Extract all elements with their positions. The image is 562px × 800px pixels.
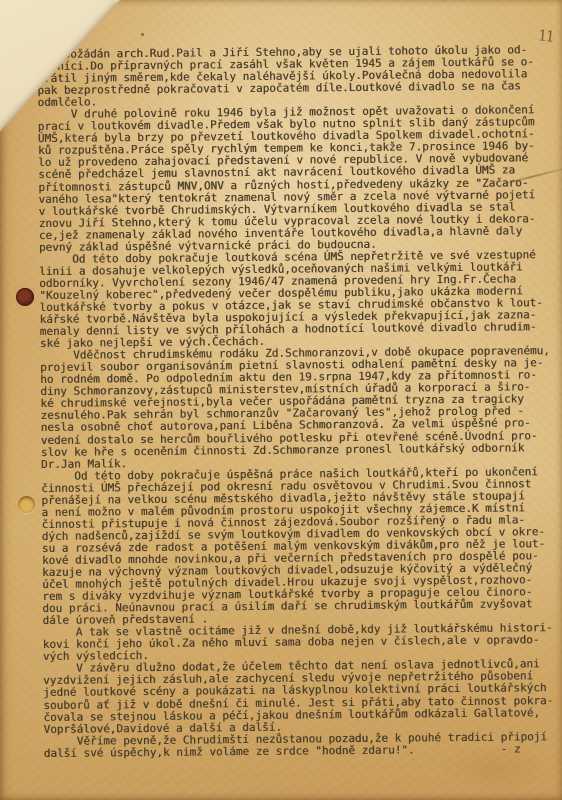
paper-sheet: byl požádán arch.Rud.Pail a Jiří Stehno,… — [0, 0, 562, 800]
punch-hole-top — [16, 288, 34, 306]
scanned-document-page: byl požádán arch.Rud.Pail a Jiří Stehno,… — [0, 0, 562, 800]
paper-shadow-wrap: byl požádán arch.Rud.Pail a Jiří Stehno,… — [0, 0, 562, 800]
pencil-page-number: 11 — [537, 26, 554, 45]
punch-hole-bottom — [18, 496, 35, 513]
ink-speck — [141, 33, 144, 36]
typewritten-text: byl požádán arch.Rud.Pail a Jiří Stehno,… — [37, 44, 562, 760]
